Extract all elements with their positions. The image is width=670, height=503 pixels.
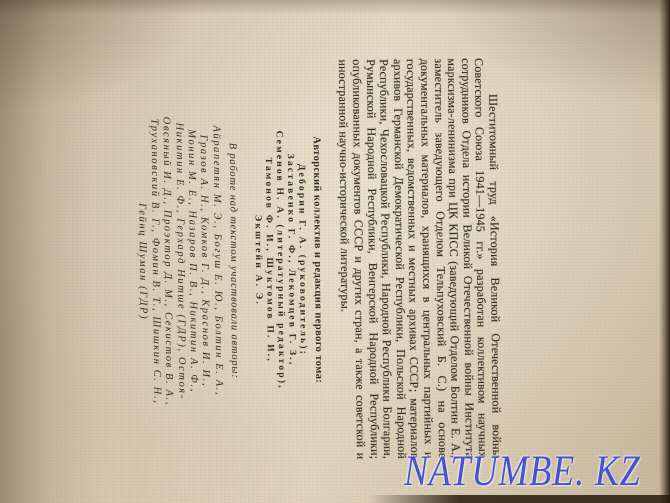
editors-list: Деборин Г. А. (руководитель); Заставенко…: [250, 60, 309, 461]
book-page-photo: Шеститомный труд «История Великой Отечес…: [0, 0, 670, 503]
page-edge-shadow-bottom: [368, 495, 670, 503]
contributors-list: Айрапетян М. Э., Богуш Е. Ю., Болтин Е. …: [134, 61, 225, 462]
contributors-heading: В работе над текстом участвовали авторы:: [226, 61, 241, 461]
watermark-text: NATUMBE. KZ: [404, 450, 641, 493]
colophon-paragraph: Шеститомный труд «История Великой Отечес…: [336, 58, 503, 460]
editors-heading: Авторский коллектив и редакция первого т…: [310, 60, 325, 460]
page-edge-shadow-right: [659, 0, 670, 503]
page-text-rotated: Шеститомный труд «История Великой Отечес…: [91, 58, 503, 462]
